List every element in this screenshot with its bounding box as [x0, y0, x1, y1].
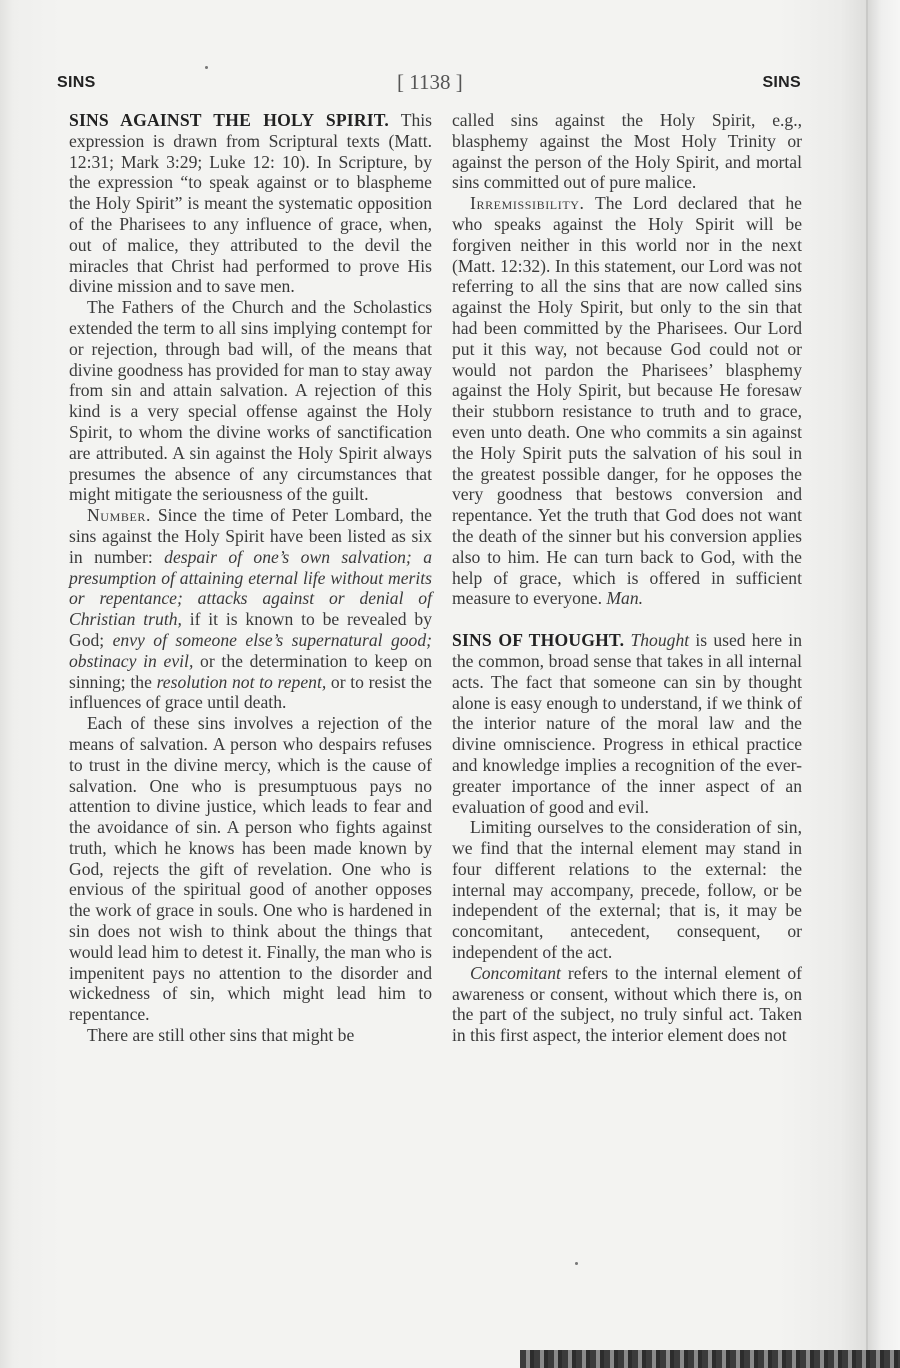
- book-spine-shadow: [520, 1350, 900, 1368]
- header-right-guideword: SINS: [762, 74, 801, 92]
- page-edge: [866, 0, 900, 1368]
- paragraph-text: This expression is drawn from Scriptural…: [69, 110, 432, 296]
- paragraph: Concomitant refers to the internal eleme…: [452, 963, 802, 1046]
- paragraph: The Fathers of the Church and the Schola…: [69, 297, 432, 505]
- paragraph: called sins against the Holy Spirit, e.g…: [452, 110, 802, 193]
- paper-speck: [205, 66, 208, 69]
- entry-title: SINS AGAINST THE HOLY SPIRIT.: [69, 110, 389, 130]
- italic-text: resolution not to repent,: [157, 672, 327, 692]
- entry-title: SINS OF THOUGHT.: [452, 630, 624, 650]
- running-header: SINS [ 1138 ] SINS: [57, 70, 801, 98]
- paragraph-text: Limiting ourselves to the consideration …: [452, 817, 802, 962]
- paragraph-text: Each of these sins involves a rejection …: [69, 713, 432, 1024]
- italic-text: Thought: [624, 630, 689, 650]
- paragraph: Number. Since the time of Peter Lombard,…: [69, 505, 432, 713]
- paragraph: Each of these sins involves a rejection …: [69, 713, 432, 1025]
- header-left-guideword: SINS: [57, 74, 96, 92]
- paragraph-text: called sins against the Holy Spirit, e.g…: [452, 110, 802, 192]
- left-column: SINS AGAINST THE HOLY SPIRIT. This expre…: [69, 110, 432, 1046]
- paper-speck: [575, 1262, 578, 1265]
- paragraph-text: The Lord declared that he who speaks aga…: [452, 193, 802, 608]
- italic-text: Concomitant: [470, 963, 561, 983]
- entry-paragraph: SINS OF THOUGHT. Thought is used here in…: [452, 630, 802, 817]
- page-number: [ 1138 ]: [397, 70, 463, 95]
- entry-paragraph: SINS AGAINST THE HOLY SPIRIT. This expre…: [69, 110, 432, 297]
- paragraph: Irremissibility. The Lord declared that …: [452, 193, 802, 609]
- author-initials: Man.: [606, 588, 643, 608]
- paragraph: There are still other sins that might be: [69, 1025, 432, 1046]
- paragraph-text: is used here in the common, broad sense …: [452, 630, 802, 816]
- paragraph-text: There are still other sins that might be: [87, 1025, 354, 1045]
- subsection-heading: Irremissibility.: [470, 193, 585, 213]
- right-column: called sins against the Holy Spirit, e.g…: [452, 110, 802, 1046]
- subsection-heading: Number.: [87, 505, 151, 525]
- paragraph: Limiting ourselves to the consideration …: [452, 817, 802, 963]
- paragraph-text: The Fathers of the Church and the Schola…: [69, 297, 432, 504]
